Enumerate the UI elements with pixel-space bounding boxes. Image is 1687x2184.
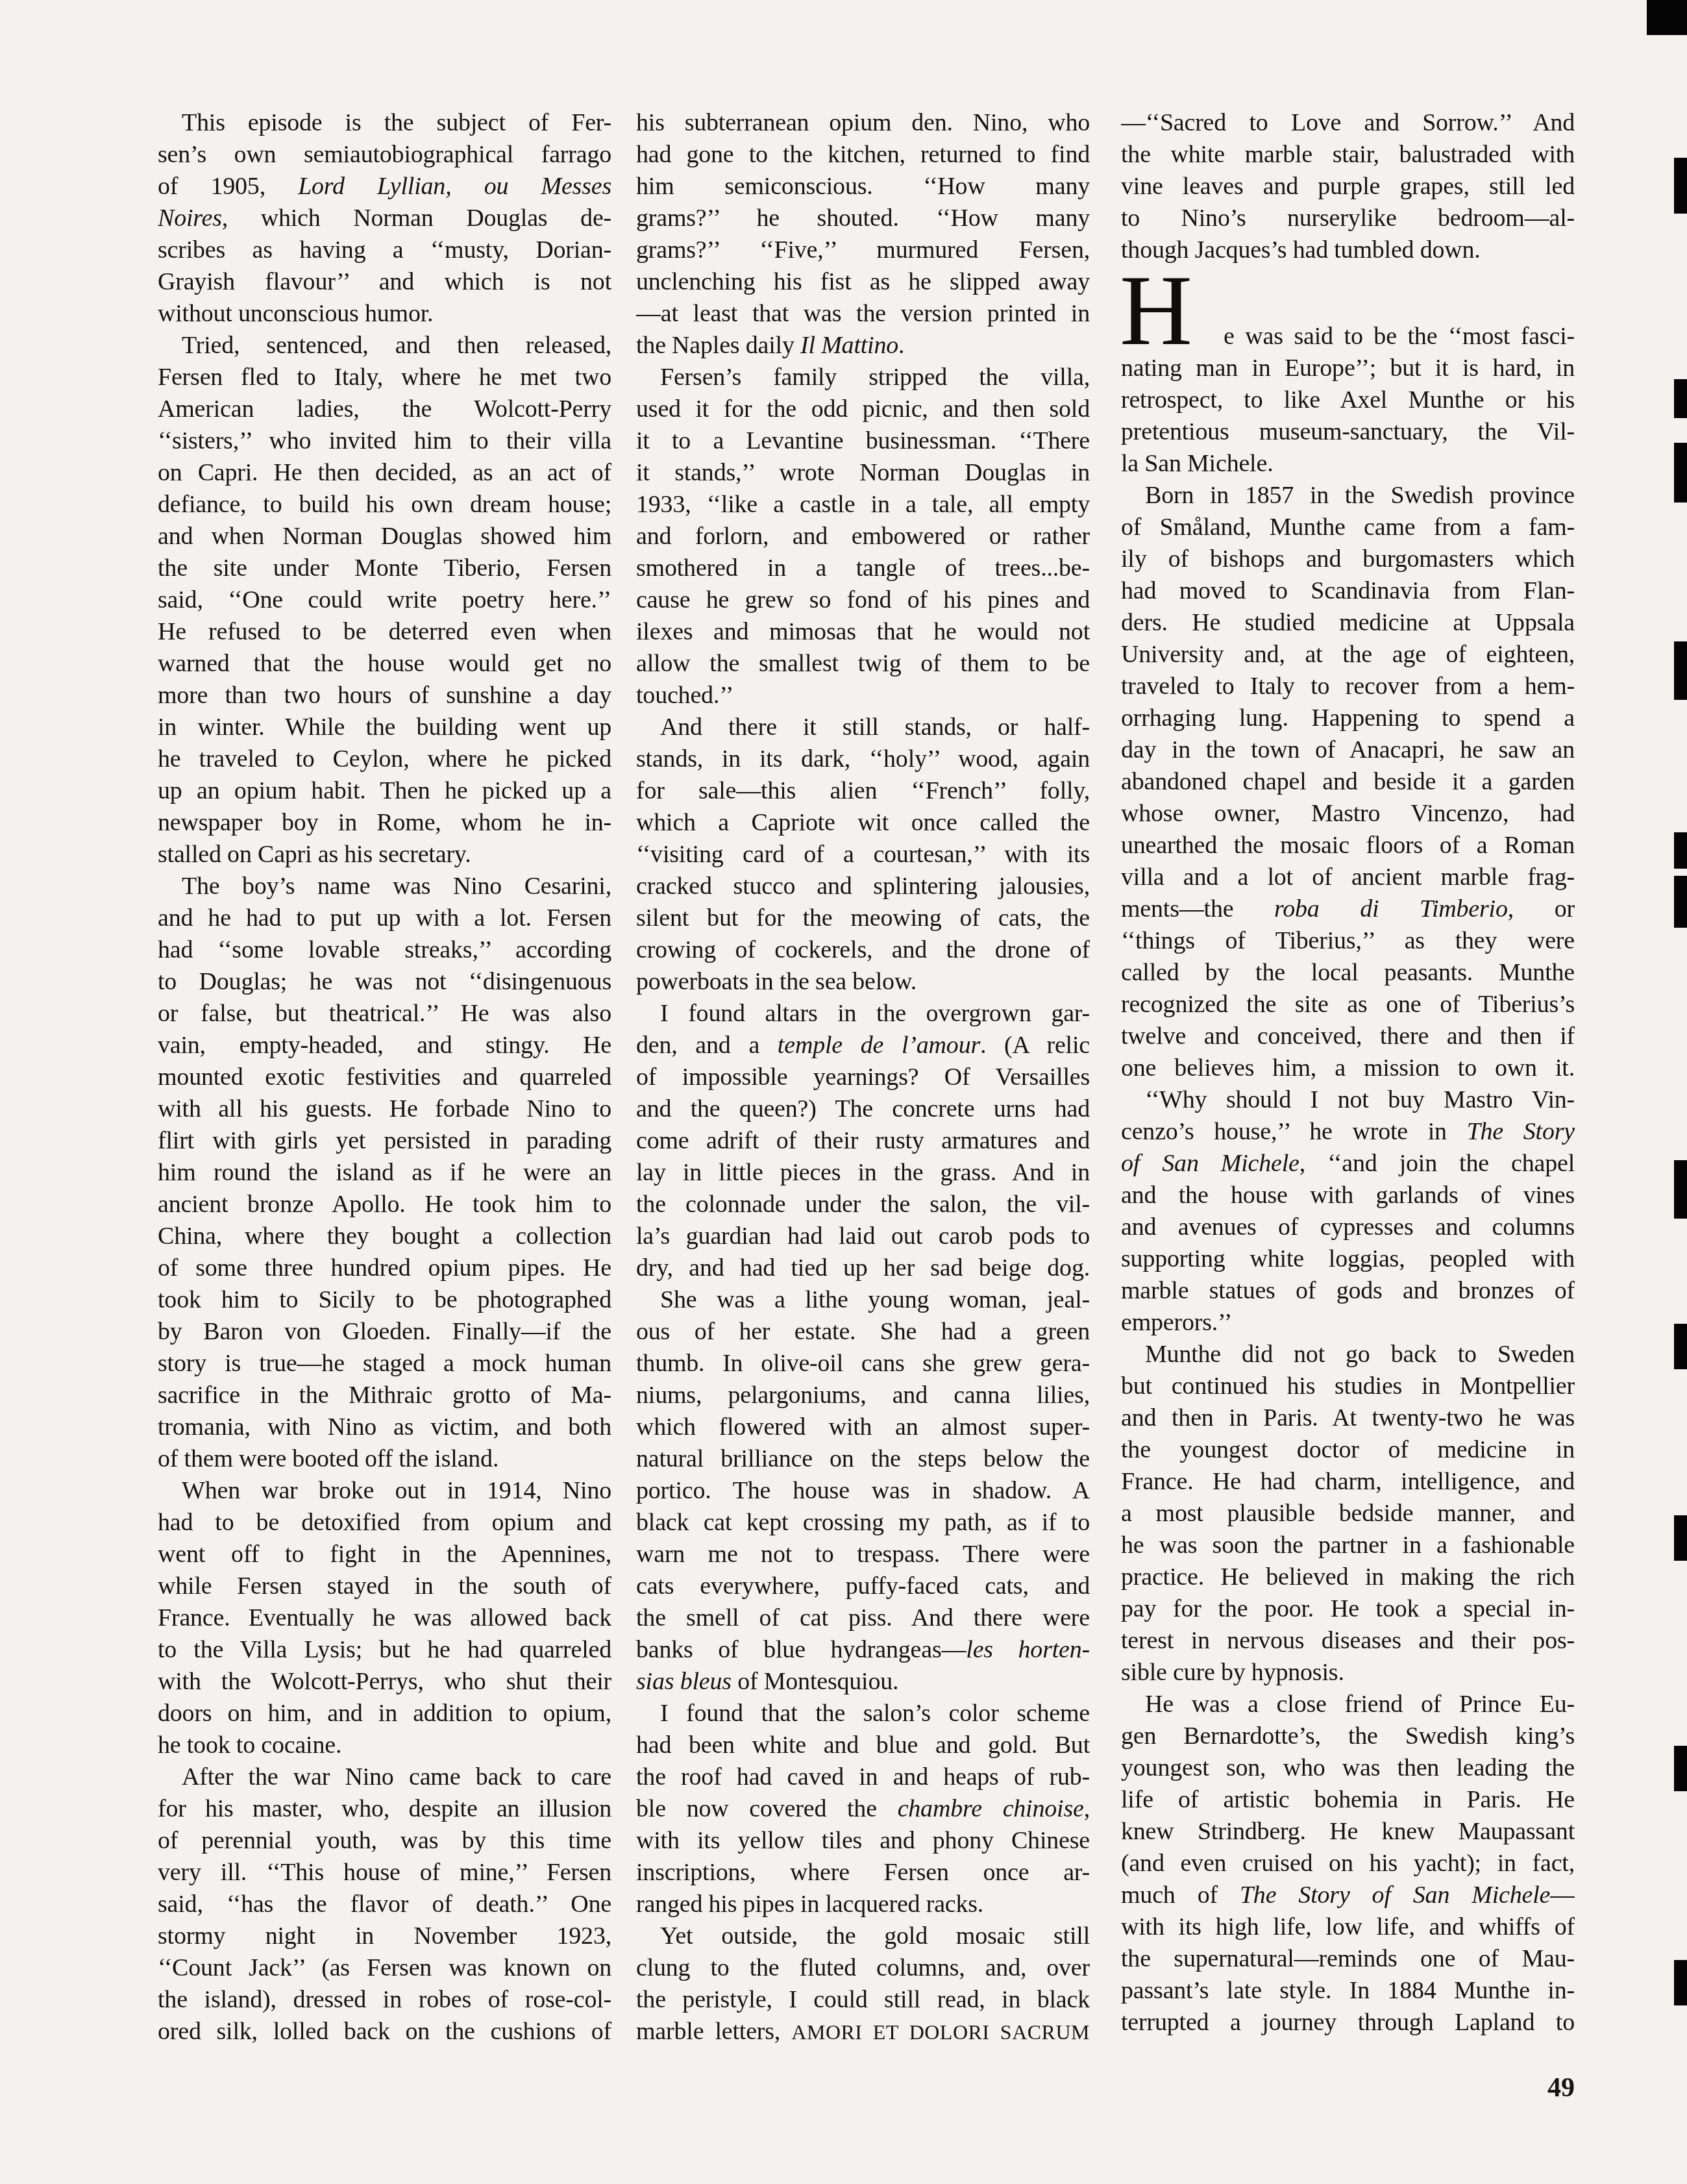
- text-line: flirt with girls yet persisted in paradi…: [158, 1125, 611, 1157]
- body-text: thumb. In olive-oil cans she grew gera-: [636, 1350, 1090, 1377]
- text-line: for sale—this alien ‘‘French’’ folly,: [636, 775, 1090, 807]
- body-text: the Naples daily: [636, 332, 800, 359]
- body-text: Munthe did not go back to Sweden: [1145, 1341, 1575, 1368]
- body-text: crowing of cockerels, and the drone of: [636, 936, 1090, 963]
- body-text: but continued his studies in Montpellier: [1121, 1372, 1575, 1400]
- body-text: Grayish flavour’’ and which is not: [158, 268, 611, 295]
- text-line: traveled to Italy to recover from a hem-: [1121, 671, 1575, 702]
- italic-text: roba di Timberio: [1274, 895, 1508, 923]
- body-text: with its high life, low life, and whiffs…: [1121, 1913, 1575, 1941]
- body-text: he was soon the partner in a fashionable: [1121, 1532, 1575, 1559]
- text-line: and the house with garlands of vines: [1121, 1180, 1575, 1211]
- body-text: he traveled to Ceylon, where he picked: [158, 745, 611, 773]
- body-text: the smell of cat piss. And there were: [636, 1604, 1090, 1632]
- text-line: niums, pelargoniums, and canna lilies,: [636, 1380, 1090, 1411]
- body-text: to Nino’s nurserylike bedroom—al-: [1121, 205, 1575, 232]
- text-line: of Småland, Munthe came from a fam-: [1121, 512, 1575, 543]
- body-text: and the house with garlands of vines: [1121, 1182, 1575, 1209]
- text-line: tromania, with Nino as victim, and both: [158, 1411, 611, 1443]
- text-column-3: H —‘‘Sacred to Love and Sorrow.’’ Andthe…: [1121, 107, 1575, 2039]
- text-line: ments—the roba di Timberio, or: [1121, 893, 1575, 925]
- body-text: had been white and blue and gold. But: [636, 1731, 1090, 1759]
- body-text: dry, and had tied up her sad beige dog.: [636, 1254, 1090, 1282]
- body-text: ,: [1084, 1795, 1090, 1822]
- text-line: ilexes and mimosas that he would not: [636, 616, 1090, 648]
- text-line: much of The Story of San Michele—: [1121, 1880, 1575, 1911]
- body-text: it to a Levantine businessman. ‘‘There: [636, 427, 1090, 454]
- text-line: while Fersen stayed in the south of: [158, 1570, 611, 1602]
- italic-text: Noires,: [158, 205, 228, 232]
- body-text: up an opium habit. Then he picked up a: [158, 777, 611, 804]
- body-text: and the queen?) The concrete urns had: [636, 1095, 1090, 1123]
- body-text: much of: [1121, 1881, 1240, 1909]
- text-line: called by the local peasants. Munthe: [1121, 957, 1575, 989]
- text-line: recognized the site as one of Tiberius’s: [1121, 989, 1575, 1021]
- scan-mark: [1647, 0, 1687, 35]
- body-text: She was a lithe young woman, jeal-: [660, 1286, 1090, 1313]
- body-text: inscriptions, where Fersen once ar-: [636, 1859, 1090, 1886]
- text-line: This episode is the subject of Fer-: [158, 107, 611, 139]
- body-text: Fersen’s family stripped the villa,: [660, 364, 1090, 391]
- body-text: stands, in its dark, ‘‘holy’’ wood, agai…: [636, 745, 1090, 773]
- body-text: recognized the site as one of Tiberius’s: [1121, 991, 1575, 1018]
- body-text: University and, at the age of eighteen,: [1121, 641, 1575, 668]
- body-text: sen’s own semiautobiographical farrago: [158, 141, 611, 168]
- text-line: and then in Paris. At twenty-two he was: [1121, 1402, 1575, 1434]
- text-line: —at least that was the version printed i…: [636, 298, 1090, 330]
- text-line: Born in 1857 in the Swedish province: [1121, 480, 1575, 512]
- body-text: doors on him, and in addition to opium,: [158, 1700, 611, 1727]
- body-text: And there it still stands, or half-: [660, 714, 1090, 741]
- body-text: pay for the poor. He took a special in-: [1121, 1595, 1575, 1622]
- italic-text: temple de l’amour: [778, 1032, 980, 1059]
- body-text: natural brilliance on the steps below th…: [636, 1445, 1090, 1472]
- body-text: traveled to Italy to recover from a hem-: [1121, 673, 1575, 700]
- text-line: She was a lithe young woman, jeal-: [636, 1284, 1090, 1316]
- body-text: story is true—he staged a mock human: [158, 1350, 611, 1377]
- body-text: France. He had charm, intelligence, and: [1121, 1468, 1575, 1495]
- body-text: on Capri. He then decided, as an act of: [158, 459, 611, 486]
- text-line: black cat kept crossing my path, as if t…: [636, 1507, 1090, 1539]
- body-text: with all his guests. He forbade Nino to: [158, 1095, 611, 1123]
- body-text: had to be detoxified from opium and: [158, 1509, 611, 1536]
- body-text: life of artistic bohemia in Paris. He: [1121, 1786, 1575, 1813]
- body-text: had moved to Scandinavia from Flan-: [1121, 577, 1575, 604]
- text-line: youngest son, who was then leading the: [1121, 1752, 1575, 1784]
- text-line: stands, in its dark, ‘‘holy’’ wood, agai…: [636, 743, 1090, 775]
- scan-mark: [1674, 1746, 1687, 1791]
- text-line: practice. He believed in making the rich: [1121, 1561, 1575, 1593]
- text-line: pretentious museum-sanctuary, the Vil-: [1121, 416, 1575, 448]
- text-line: to the Villa Lysis; but he had quarreled: [158, 1634, 611, 1666]
- body-text: of some three hundred opium pipes. He: [158, 1254, 611, 1282]
- text-line: a most plausible bedside manner, and: [1121, 1498, 1575, 1530]
- text-line: portico. The house was in shadow. A: [636, 1475, 1090, 1507]
- drop-cap-letter: H: [1120, 260, 1192, 361]
- body-text: went off to fight in the Apennines,: [158, 1541, 611, 1568]
- body-text: by Baron von Gloeden. Finally—if the: [158, 1318, 611, 1345]
- body-text: and he had to put up with a lot. Fersen: [158, 904, 611, 932]
- body-text: mounted exotic festivities and quarreled: [158, 1063, 611, 1091]
- scan-mark: [1674, 1160, 1687, 1219]
- body-text: ilexes and mimosas that he would not: [636, 618, 1090, 645]
- body-text: —‘‘Sacred to Love and Sorrow.’’ And: [1121, 109, 1575, 136]
- body-text: day in the town of Anacapri, he saw an: [1121, 736, 1575, 763]
- body-text: or false, but theatrical.’’ He was also: [158, 1000, 611, 1027]
- italic-text: les horten-: [966, 1636, 1090, 1663]
- text-line: gen Bernardotte’s, the Swedish king’s: [1121, 1720, 1575, 1752]
- text-line: thumb. In olive-oil cans she grew gera-: [636, 1348, 1090, 1380]
- body-text: sacrifice in the Mithraic grotto of Ma-: [158, 1382, 611, 1409]
- body-text: silent but for the meowing of cats, the: [636, 904, 1090, 932]
- text-column-2: his subterranean opium den. Nino, whohad…: [636, 107, 1090, 2048]
- text-line: I found altars in the overgrown gar-: [636, 998, 1090, 1030]
- text-line: American ladies, the Wolcott-Perry: [158, 393, 611, 425]
- text-line: he took to cocaine.: [158, 1730, 611, 1761]
- body-text: said, ‘‘has the flavor of death.’’ One: [158, 1891, 611, 1918]
- text-line: ‘‘Why should I not buy Mastro Vin-: [1121, 1084, 1575, 1116]
- text-line: When war broke out in 1914, Nino: [158, 1475, 611, 1507]
- body-text: of them were booted off the island.: [158, 1445, 499, 1472]
- italic-text: Il Mattino: [800, 332, 898, 359]
- body-text: stormy night in November 1923,: [158, 1922, 611, 1950]
- text-line: Grayish flavour’’ and which is not: [158, 266, 611, 298]
- text-line: of San Michele, ‘‘and join the chapel: [1121, 1148, 1575, 1180]
- body-text: twelve and conceived, there and then if: [1121, 1023, 1575, 1050]
- text-line: emperors.’’: [1121, 1307, 1575, 1339]
- body-text: —: [1550, 1881, 1575, 1909]
- text-line: He refused to be deterred even when: [158, 616, 611, 648]
- text-line: ous of her estate. She had a green: [636, 1316, 1090, 1348]
- italic-text: The Story of San Michele: [1240, 1881, 1550, 1909]
- body-text: France. Eventually he was allowed back: [158, 1604, 611, 1632]
- text-line: ancient bronze Apollo. He took him to: [158, 1189, 611, 1221]
- text-line: the youngest doctor of medicine in: [1121, 1434, 1575, 1466]
- body-text: for his master, who, despite an illusion: [158, 1795, 611, 1822]
- text-line: France. Eventually he was allowed back: [158, 1602, 611, 1634]
- text-line: it to a Levantine businessman. ‘‘There: [636, 425, 1090, 457]
- body-text: ‘‘Count Jack’’ (as Fersen was known on: [158, 1954, 611, 1981]
- text-line: Munthe did not go back to Sweden: [1121, 1339, 1575, 1371]
- body-text: niums, pelargoniums, and canna lilies,: [636, 1382, 1090, 1409]
- text-line: sible cure by hypnosis.: [1121, 1657, 1575, 1689]
- text-line: said, ‘‘One could write poetry here.’’: [158, 584, 611, 616]
- body-text: a most plausible bedside manner, and: [1121, 1500, 1575, 1527]
- body-text: ments—the: [1121, 895, 1274, 923]
- italic-text: Lord Lyllian, ou Messes: [298, 173, 611, 200]
- text-line: ‘‘visiting card of a courtesan,’’ with i…: [636, 839, 1090, 871]
- body-text: him round the island as if he were an: [158, 1159, 611, 1186]
- body-text: with its yellow tiles and phony Chinese: [636, 1827, 1090, 1854]
- body-text: den, and a: [636, 1032, 778, 1059]
- text-line: but continued his studies in Montpellier: [1121, 1371, 1575, 1402]
- text-line: sias bleus of Montesquiou.: [636, 1666, 1090, 1698]
- body-text: terest in nervous diseases and their pos…: [1121, 1627, 1575, 1654]
- text-line: ble now covered the chambre chinoise,: [636, 1793, 1090, 1825]
- text-line: said, ‘‘has the flavor of death.’’ One: [158, 1889, 611, 1920]
- body-text: his subterranean opium den. Nino, who: [636, 109, 1090, 136]
- text-line: —‘‘Sacred to Love and Sorrow.’’ And: [1121, 107, 1575, 139]
- body-text: cenzo’s house,’’ he wrote in: [1121, 1118, 1467, 1145]
- text-line: very ill. ‘‘This house of mine,’’ Fersen: [158, 1857, 611, 1889]
- body-text: ored silk, lolled back on the cushions o…: [158, 2018, 611, 2045]
- text-line: cracked stucco and splintering jalousies…: [636, 871, 1090, 902]
- body-text: Tried, sentenced, and then released,: [182, 332, 611, 359]
- text-line: his subterranean opium den. Nino, who: [636, 107, 1090, 139]
- body-text: one believes him, a mission to own it.: [1121, 1054, 1575, 1082]
- text-line: knew Strindberg. He knew Maupassant: [1121, 1816, 1575, 1848]
- body-text: retrospect, to like Axel Munthe or his: [1121, 386, 1575, 414]
- body-text: la San Michele.: [1121, 450, 1273, 477]
- body-text: of perennial youth, was by this time: [158, 1827, 611, 1854]
- body-text: of Montesquiou.: [732, 1668, 899, 1695]
- text-line: passant’s late style. In 1884 Munthe in-: [1121, 1975, 1575, 2007]
- text-line: had been white and blue and gold. But: [636, 1730, 1090, 1761]
- body-text: terrupted a journey through Lapland to: [1121, 2009, 1575, 2036]
- text-line: and the queen?) The concrete urns had: [636, 1093, 1090, 1125]
- text-line: to Nino’s nurserylike bedroom—al-: [1121, 203, 1575, 234]
- small-caps-text: AMORI ET DOLORI SACRUM: [791, 2020, 1090, 2044]
- scan-mark: [1674, 443, 1687, 503]
- body-text: supporting white loggias, peopled with: [1121, 1245, 1575, 1272]
- body-text: China, where they bought a collection: [158, 1222, 611, 1250]
- text-line: took him to Sicily to be photographed: [158, 1284, 611, 1316]
- text-line: Tried, sentenced, and then released,: [158, 330, 611, 362]
- text-line: to Douglas; he was not ‘‘disingenuous: [158, 966, 611, 998]
- text-line: sen’s own semiautobiographical farrago: [158, 139, 611, 171]
- text-line: the peristyle, I could still read, in bl…: [636, 1984, 1090, 2016]
- body-text: ous of her estate. She had a green: [636, 1318, 1090, 1345]
- body-text: the white marble stair, balustraded with: [1121, 141, 1575, 168]
- text-line: ders. He studied medicine at Uppsala: [1121, 607, 1575, 639]
- text-line: warn me not to trespass. There were: [636, 1539, 1090, 1570]
- body-text: flirt with girls yet persisted in paradi…: [158, 1127, 611, 1154]
- text-line: marble letters, AMORI ET DOLORI SACRUM: [636, 2016, 1090, 2048]
- text-line: the smell of cat piss. And there were: [636, 1602, 1090, 1634]
- text-line: the Naples daily Il Mattino.: [636, 330, 1090, 362]
- body-text: he took to cocaine.: [158, 1731, 341, 1759]
- text-line: which a Capriote wit once called the: [636, 807, 1090, 839]
- text-line: supporting white loggias, peopled with: [1121, 1243, 1575, 1275]
- body-text: cracked stucco and splintering jalousies…: [636, 873, 1090, 900]
- body-text: , or: [1508, 895, 1575, 923]
- text-line: mounted exotic festivities and quarreled: [158, 1061, 611, 1093]
- text-line: touched.’’: [636, 680, 1090, 712]
- body-text: ble now covered the: [636, 1795, 898, 1822]
- text-line: story is true—he staged a mock human: [158, 1348, 611, 1380]
- text-line: ored silk, lolled back on the cushions o…: [158, 2016, 611, 2048]
- text-line: villa and a lot of ancient marble frag-: [1121, 862, 1575, 893]
- text-line: China, where they bought a collection: [158, 1221, 611, 1252]
- text-line: ily of bishops and burgomasters which: [1121, 543, 1575, 575]
- text-line: la San Michele.: [1121, 448, 1575, 480]
- text-line: banks of blue hydrangeas—les horten-: [636, 1634, 1090, 1666]
- text-line: pay for the poor. He took a special in-: [1121, 1593, 1575, 1625]
- body-text: Born in 1857 in the Swedish province: [1145, 482, 1575, 509]
- text-line: of them were booted off the island.: [158, 1443, 611, 1475]
- body-text: tromania, with Nino as victim, and both: [158, 1413, 611, 1441]
- body-text: Fersen fled to Italy, where he met two: [158, 364, 611, 391]
- text-line: unclenching his fist as he slipped away: [636, 266, 1090, 298]
- body-text: the peristyle, I could still read, in bl…: [636, 1986, 1090, 2013]
- text-line: University and, at the age of eighteen,: [1121, 639, 1575, 671]
- body-text: whose owner, Mastro Vincenzo, had: [1121, 800, 1575, 827]
- body-text: . (A relic: [980, 1032, 1090, 1059]
- scan-mark: [1674, 1515, 1687, 1561]
- text-line: the roof had caved in and heaps of rub-: [636, 1761, 1090, 1793]
- body-text: and forlorn, and embowered or rather: [636, 523, 1090, 550]
- text-line: Fersen fled to Italy, where he met two: [158, 362, 611, 393]
- italic-text: of San Michele: [1121, 1150, 1299, 1177]
- body-text: youngest son, who was then leading the: [1121, 1754, 1575, 1781]
- text-line: unearthed the mosaic floors of a Roman: [1121, 830, 1575, 862]
- body-text: The boy’s name was Nino Cesarini,: [182, 873, 611, 900]
- text-line: of impossible yearnings? Of Versailles: [636, 1061, 1090, 1093]
- text-line: (and even cruised on his yacht); in fact…: [1121, 1848, 1575, 1880]
- text-line: come adrift of their rusty armatures and: [636, 1125, 1090, 1157]
- text-line: he traveled to Ceylon, where he picked: [158, 743, 611, 775]
- body-text: ‘‘things of Tiberius,’’ as they were: [1121, 927, 1575, 954]
- body-text: black cat kept crossing my path, as if t…: [636, 1509, 1090, 1536]
- body-text: warned that the house would get no: [158, 650, 611, 677]
- body-text: called by the local peasants. Munthe: [1121, 959, 1575, 986]
- text-line: whose owner, Mastro Vincenzo, had: [1121, 798, 1575, 830]
- body-text: ily of bishops and burgomasters which: [1121, 545, 1575, 573]
- body-text: vine leaves and purple grapes, still led: [1121, 173, 1575, 200]
- body-text: This episode is the subject of Fer-: [182, 109, 611, 136]
- text-line: grams?’’ ‘‘Five,’’ murmured Fersen,: [636, 234, 1090, 266]
- text-line: la’s guardian had laid out carob pods to: [636, 1221, 1090, 1252]
- body-text: took him to Sicily to be photographed: [158, 1286, 611, 1313]
- body-text: unearthed the mosaic floors of a Roman: [1121, 832, 1575, 859]
- body-text: him semiconscious. ‘‘How many: [636, 173, 1090, 200]
- text-line: He was a close friend of Prince Eu-: [1121, 1689, 1575, 1720]
- text-line: ‘‘Count Jack’’ (as Fersen was known on: [158, 1952, 611, 1984]
- body-text: unclenching his fist as he slipped away: [636, 268, 1090, 295]
- body-text: powerboats in the sea below.: [636, 968, 917, 995]
- text-line: marble statues of gods and bronzes of: [1121, 1275, 1575, 1307]
- text-line: cause he grew so fond of his pines and: [636, 584, 1090, 616]
- body-text: more than two hours of sunshine a day: [158, 682, 611, 709]
- body-text: of 1905,: [158, 173, 298, 200]
- text-line: the site under Monte Tiberio, Fersen: [158, 552, 611, 584]
- body-text: ‘‘Why should I not buy Mastro Vin-: [1145, 1086, 1575, 1113]
- scan-mark: [1674, 1324, 1687, 1369]
- text-line: the colonnade under the salon, the vil-: [636, 1189, 1090, 1221]
- body-text: marble statues of gods and bronzes of: [1121, 1277, 1575, 1304]
- text-line: 1933, ‘‘like a castle in a tale, all emp…: [636, 489, 1090, 521]
- body-text: sible cure by hypnosis.: [1121, 1659, 1344, 1686]
- page-number: 49: [1445, 2072, 1575, 2103]
- body-text: practice. He believed in making the rich: [1121, 1563, 1575, 1591]
- text-line: After the war Nino came back to care: [158, 1761, 611, 1793]
- body-text: which flowered with an almost super-: [636, 1413, 1090, 1441]
- body-text: portico. The house was in shadow. A: [636, 1477, 1090, 1504]
- body-text: cause he grew so fond of his pines and: [636, 586, 1090, 614]
- text-line: of some three hundred opium pipes. He: [158, 1252, 611, 1284]
- body-text: He was a close friend of Prince Eu-: [1145, 1691, 1575, 1718]
- body-text: touched.’’: [636, 682, 733, 709]
- body-text: smothered in a tangle of trees...be-: [636, 554, 1090, 582]
- text-line: crowing of cockerels, and the drone of: [636, 934, 1090, 966]
- text-line: doors on him, and in addition to opium,: [158, 1698, 611, 1730]
- text-line: with the Wolcott-Perrys, who shut their: [158, 1666, 611, 1698]
- italic-text: sias bleus: [636, 1668, 732, 1695]
- text-line: in winter. While the building went up: [158, 712, 611, 743]
- body-text: cats everywhere, puffy-faced cats, and: [636, 1572, 1090, 1600]
- magazine-page: This episode is the subject of Fer-sen’s…: [0, 0, 1687, 2184]
- body-text: and avenues of cypresses and columns: [1121, 1213, 1575, 1241]
- text-line: stormy night in November 1923,: [158, 1920, 611, 1952]
- text-line: him round the island as if he were an: [158, 1157, 611, 1189]
- body-text: warn me not to trespass. There were: [636, 1541, 1090, 1568]
- body-text: I found that the salon’s color scheme: [660, 1700, 1090, 1727]
- text-line: of 1905, Lord Lyllian, ou Messes: [158, 171, 611, 203]
- text-line: terest in nervous diseases and their pos…: [1121, 1625, 1575, 1657]
- body-text: banks of blue hydrangeas—: [636, 1636, 966, 1663]
- body-text: marble letters,: [636, 2018, 791, 2045]
- body-text: newspaper boy in Rome, whom he in-: [158, 809, 611, 836]
- text-line: silent but for the meowing of cats, the: [636, 902, 1090, 934]
- body-text: said, ‘‘One could write poetry here.’’: [158, 586, 611, 614]
- text-line: allow the smallest twig of them to be: [636, 648, 1090, 680]
- text-line: retrospect, to like Axel Munthe or his: [1121, 384, 1575, 416]
- body-text: scribes as having a ‘‘musty, Dorian-: [158, 236, 611, 264]
- text-line: with its high life, low life, and whiffs…: [1121, 1911, 1575, 1943]
- text-line: went off to fight in the Apennines,: [158, 1539, 611, 1570]
- text-line: on Capri. He then decided, as an act of: [158, 457, 611, 489]
- text-line: natural brilliance on the steps below th…: [636, 1443, 1090, 1475]
- body-text: defiance, to build his own dream house;: [158, 491, 611, 518]
- text-line: powerboats in the sea below.: [636, 966, 1090, 998]
- body-text: knew Strindberg. He knew Maupassant: [1121, 1818, 1575, 1845]
- text-line: the white marble stair, balustraded with: [1121, 139, 1575, 171]
- body-text: while Fersen stayed in the south of: [158, 1572, 611, 1600]
- text-line: ‘‘sisters,’’ who invited him to their vi…: [158, 425, 611, 457]
- body-text: pretentious museum-sanctuary, the Vil-: [1121, 418, 1575, 445]
- body-text: come adrift of their rusty armatures and: [636, 1127, 1090, 1154]
- body-text: to the Villa Lysis; but he had quarreled: [158, 1636, 611, 1663]
- body-text: stalled on Capri as his secretary.: [158, 841, 471, 868]
- text-line: grams?’’ he shouted. ‘‘How many: [636, 203, 1090, 234]
- body-text: ancient bronze Apollo. He took him to: [158, 1191, 611, 1218]
- text-line: terrupted a journey through Lapland to: [1121, 2007, 1575, 2039]
- text-line: stalled on Capri as his secretary.: [158, 839, 611, 871]
- body-text: it stands,’’ wrote Norman Douglas in: [636, 459, 1090, 486]
- text-line: sacrifice in the Mithraic grotto of Ma-: [158, 1380, 611, 1411]
- text-line: vine leaves and purple grapes, still led: [1121, 171, 1575, 203]
- body-text: vain, empty-headed, and stingy. He: [158, 1032, 611, 1059]
- body-text: Yet outside, the gold mosaic still: [660, 1922, 1090, 1950]
- body-text: the colonnade under the salon, the vil-: [636, 1191, 1090, 1218]
- text-line: orrhaging lung. Happening to spend a: [1121, 702, 1575, 734]
- text-line: life of artistic bohemia in Paris. He: [1121, 1784, 1575, 1816]
- body-text: abandoned chapel and beside it a garden: [1121, 768, 1575, 795]
- body-text: for sale—this alien ‘‘French’’ folly,: [636, 777, 1090, 804]
- text-line: scribes as having a ‘‘musty, Dorian-: [158, 234, 611, 266]
- text-line: had to be detoxified from opium and: [158, 1507, 611, 1539]
- body-text: ‘‘visiting card of a courtesan,’’ with i…: [636, 841, 1090, 868]
- body-text: e was said to be the ‘‘most fasci-: [1224, 323, 1575, 350]
- text-line: one believes him, a mission to own it.: [1121, 1052, 1575, 1084]
- text-line: And there it still stands, or half-: [636, 712, 1090, 743]
- body-text: villa and a lot of ancient marble frag-: [1121, 863, 1575, 891]
- body-text: When war broke out in 1914, Nino: [182, 1477, 611, 1504]
- body-text: the supernatural—reminds one of Mau-: [1121, 1945, 1575, 1972]
- text-line: it stands,’’ wrote Norman Douglas in: [636, 457, 1090, 489]
- body-text: After the war Nino came back to care: [182, 1763, 611, 1791]
- body-text: grams?’’ he shouted. ‘‘How many: [636, 205, 1090, 232]
